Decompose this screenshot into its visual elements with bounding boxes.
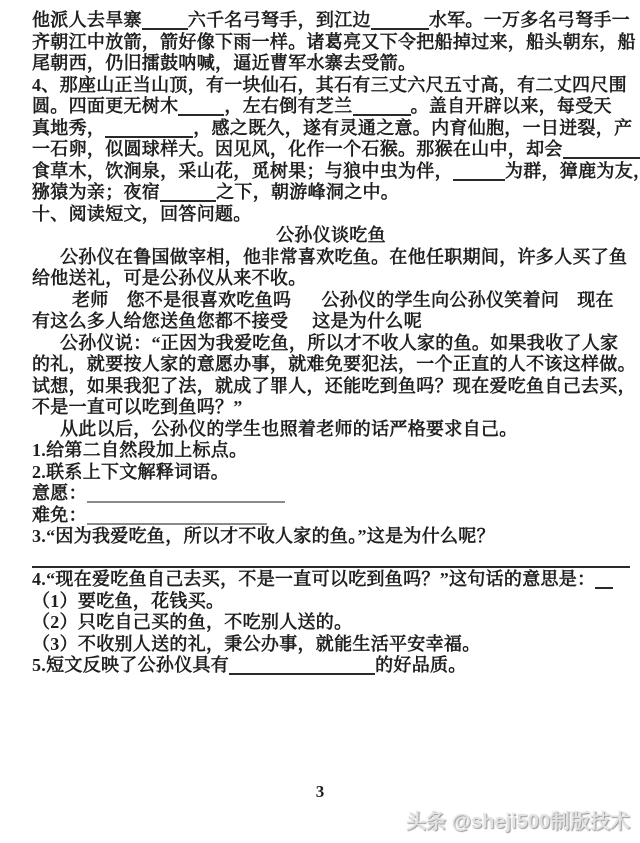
blank-underline	[87, 511, 267, 525]
text-run: 公孙仪的学生向公孙仪笑着问	[321, 290, 559, 310]
text-run: 这是为什么呢	[312, 311, 422, 331]
text-run: 试想，如果我犯了法，就成了罪人，还能吃到鱼吗？现在爱吃鱼自己去买，	[32, 376, 636, 396]
text-run: 齐朝江中放箭，箭好像下雨一样。诸葛亮又下令把船掉过来，船头朝东，船	[32, 32, 636, 52]
text-run: 真地秀，	[32, 118, 105, 138]
text-run: 给他送礼，可是公孙仪从来不收。	[32, 268, 307, 288]
blank-underline	[160, 188, 216, 202]
text-run: 公孙仪说：“正因为我爱吃鱼，所以才不收人家的鱼。如果我收了人家	[60, 333, 618, 353]
blank-underline	[229, 661, 375, 675]
passage-line: 公孙仪在鲁国做宰相，他非常喜欢吃鱼。在他任职期间，许多人买了鱼	[32, 247, 630, 269]
passage-line: 试想，如果我犯了法，就成了罪人，还能吃到鱼吗？现在爱吃鱼自己去买，	[32, 376, 630, 398]
option-line: （1）要吃鱼，花钱买。	[32, 591, 630, 613]
blank-underline	[353, 102, 411, 116]
text-run: 1.给第二自然段加上标点。	[32, 440, 247, 460]
question-line: 难免：	[32, 505, 630, 527]
text-run: 2.联系上下文解释词语。	[32, 462, 229, 482]
page-number: 3	[0, 782, 640, 802]
passage-line: 有这么多人给您送鱼您都不接受这是为什么呢	[32, 311, 630, 333]
spacing-gap	[288, 326, 312, 327]
text-run: （2）只吃自己买的鱼，不吃别人送的。	[32, 612, 352, 632]
question-line: 2.联系上下文解释词语。	[32, 462, 630, 484]
spacing-gap	[109, 305, 127, 306]
passage-line: 的礼，就要按人家的意愿办事，就难免要犯法，一个正直的人不该这样做。	[32, 354, 630, 376]
question-line: 5.短文反映了公孙仪具有的好品质。	[32, 655, 630, 677]
passage-line: 圆。四面更无树木，左右倒有芝兰。盖自开辟以来，每受天	[32, 96, 630, 118]
text-run: 水军。一万多名弓弩手一	[429, 10, 630, 30]
blank-underline	[595, 575, 613, 589]
blank-underline	[453, 167, 505, 181]
blank-underline	[371, 16, 429, 30]
passage-line: 公孙仪说：“正因为我爱吃鱼，所以才不收人家的鱼。如果我收了人家	[32, 333, 630, 355]
passage-title: 公孙仪谈吃鱼	[32, 225, 630, 247]
text-run: 的礼，就要按人家的意愿办事，就难免要犯法，一个正直的人不该这样做。	[32, 354, 636, 374]
text-run: 难免：	[32, 505, 87, 525]
text-run: 3.“因为我爱吃鱼，所以才不收人家的鱼。”这是为什么呢？	[32, 526, 495, 546]
watermark: 头条 @sheji500制版技术	[406, 805, 630, 834]
text-run: 现在	[577, 290, 614, 310]
spacing-gap	[559, 305, 577, 306]
text-run: 您不是很喜欢吃鱼吗	[127, 290, 292, 310]
text-run: 老师	[72, 290, 109, 310]
text-run: 4、那座山正当山顶，有一块仙石，其石有三丈六尺五寸高，有二丈四尺围	[32, 75, 627, 95]
blank-underline	[105, 124, 193, 138]
text-run: 4.“现在爱吃鱼自己去买，不是一直可以吃到鱼吗？”这句话的意思是：	[32, 569, 595, 589]
passage-line: 他派人去旱寨六千名弓弩手，到江边水军。一万多名弓弩手一	[32, 10, 630, 32]
blank-underline	[178, 102, 224, 116]
text-run: 意愿：	[32, 483, 87, 503]
text-run: 尾朝西，仍旧擂鼓呐喊，逼近曹军水寨去受箭。	[32, 53, 416, 73]
text-run: 。盖自开辟以来，每受天	[411, 96, 612, 116]
text-run: ，左右倒有芝兰	[224, 96, 352, 116]
passage-line: 从此以后，公孙仪的学生也照着老师的话严格要求自己。	[32, 419, 630, 441]
text-run: 六千名弓弩手，到江边	[188, 10, 371, 30]
text-run: 从此以后，公孙仪的学生也照着老师的话严格要求自己。	[60, 419, 518, 439]
blank-underline	[563, 145, 640, 159]
passage-line: 不是一直可以吃到鱼吗？”	[32, 397, 630, 419]
blank-underline	[87, 489, 285, 503]
passage-line: 食草木，饮涧泉，采山花，觅树果；与狼中虫为伴，为群，獐鹿为友，	[32, 161, 630, 183]
text-run: （1）要吃鱼，花钱买。	[32, 591, 224, 611]
passage-line: 真地秀，，感之既久，遂有灵通之意。内育仙胞，一日迸裂，产	[32, 118, 630, 140]
answer-line	[32, 548, 630, 570]
text-run: 5.短文反映了公孙仪具有	[32, 655, 229, 675]
text-run: 不是一直可以吃到鱼吗？”	[32, 397, 243, 417]
text-run: 猕猿为亲；夜宿	[32, 182, 160, 202]
text-run: 十、阅读短文，回答问题。	[32, 204, 252, 224]
option-line: （3）不收别人送的礼，秉公办事，就能生活平安幸福。	[32, 634, 630, 656]
text-run: 食草木，饮涧泉，采山花，觅树果；与狼中虫为伴，	[32, 161, 453, 181]
worksheet-body: 他派人去旱寨六千名弓弩手，到江边水军。一万多名弓弩手一齐朝江中放箭，箭好像下雨一…	[32, 10, 630, 677]
text-run: （3）不收别人送的礼，秉公办事，就能生活平安幸福。	[32, 634, 481, 654]
text-run: 公孙仪在鲁国做宰相，他非常喜欢吃鱼。在他任职期间，许多人买了鱼	[60, 247, 627, 267]
spacing-gap	[291, 305, 321, 306]
passage-line: 尾朝西，仍旧擂鼓呐喊，逼近曹军水寨去受箭。	[32, 53, 630, 75]
text-run: 圆。四面更无树木	[32, 96, 178, 116]
blank-underline	[32, 554, 630, 568]
passage-line: 猕猿为亲；夜宿之下，朝游峰洞之中。	[32, 182, 630, 204]
text-run: 有这么多人给您送鱼您都不接受	[32, 311, 288, 331]
text-run: ，感之既久，遂有灵通之意。内育仙胞，一日迸裂，产	[193, 118, 632, 138]
passage-line: 给他送礼，可是公孙仪从来不收。	[32, 268, 630, 290]
question-line: 1.给第二自然段加上标点。	[32, 440, 630, 462]
question-line: 意愿：	[32, 483, 630, 505]
section-heading: 十、阅读短文，回答问题。	[32, 204, 630, 226]
passage-line: 一石卵，似圆球样大。因见风，化作一个石猴。那猴在山中，却会，	[32, 139, 630, 161]
text-run: 的好品质。	[375, 655, 467, 675]
blank-underline	[142, 16, 188, 30]
document-page: 他派人去旱寨六千名弓弩手，到江边水军。一万多名弓弩手一齐朝江中放箭，箭好像下雨一…	[0, 0, 640, 843]
text-run: 一石卵，似圆球样大。因见风，化作一个石猴。那猴在山中，却会	[32, 139, 563, 159]
question-line: 3.“因为我爱吃鱼，所以才不收人家的鱼。”这是为什么呢？	[32, 526, 630, 548]
passage-line: 4、那座山正当山顶，有一块仙石，其石有三丈六尺五寸高，有二丈四尺围	[32, 75, 630, 97]
text-run: 他派人去旱寨	[32, 10, 142, 30]
text-run: 为群，獐鹿为友，	[505, 161, 640, 181]
text-run: 之下，朝游峰洞之中。	[216, 182, 399, 202]
passage-line: 老师您不是很喜欢吃鱼吗公孙仪的学生向公孙仪笑着问现在	[32, 290, 630, 312]
passage-line: 齐朝江中放箭，箭好像下雨一样。诸葛亮又下令把船掉过来，船头朝东，船	[32, 32, 630, 54]
question-line: 4.“现在爱吃鱼自己去买，不是一直可以吃到鱼吗？”这句话的意思是：	[32, 569, 630, 591]
text-run: 公孙仪谈吃鱼	[276, 225, 386, 245]
option-line: （2）只吃自己买的鱼，不吃别人送的。	[32, 612, 630, 634]
